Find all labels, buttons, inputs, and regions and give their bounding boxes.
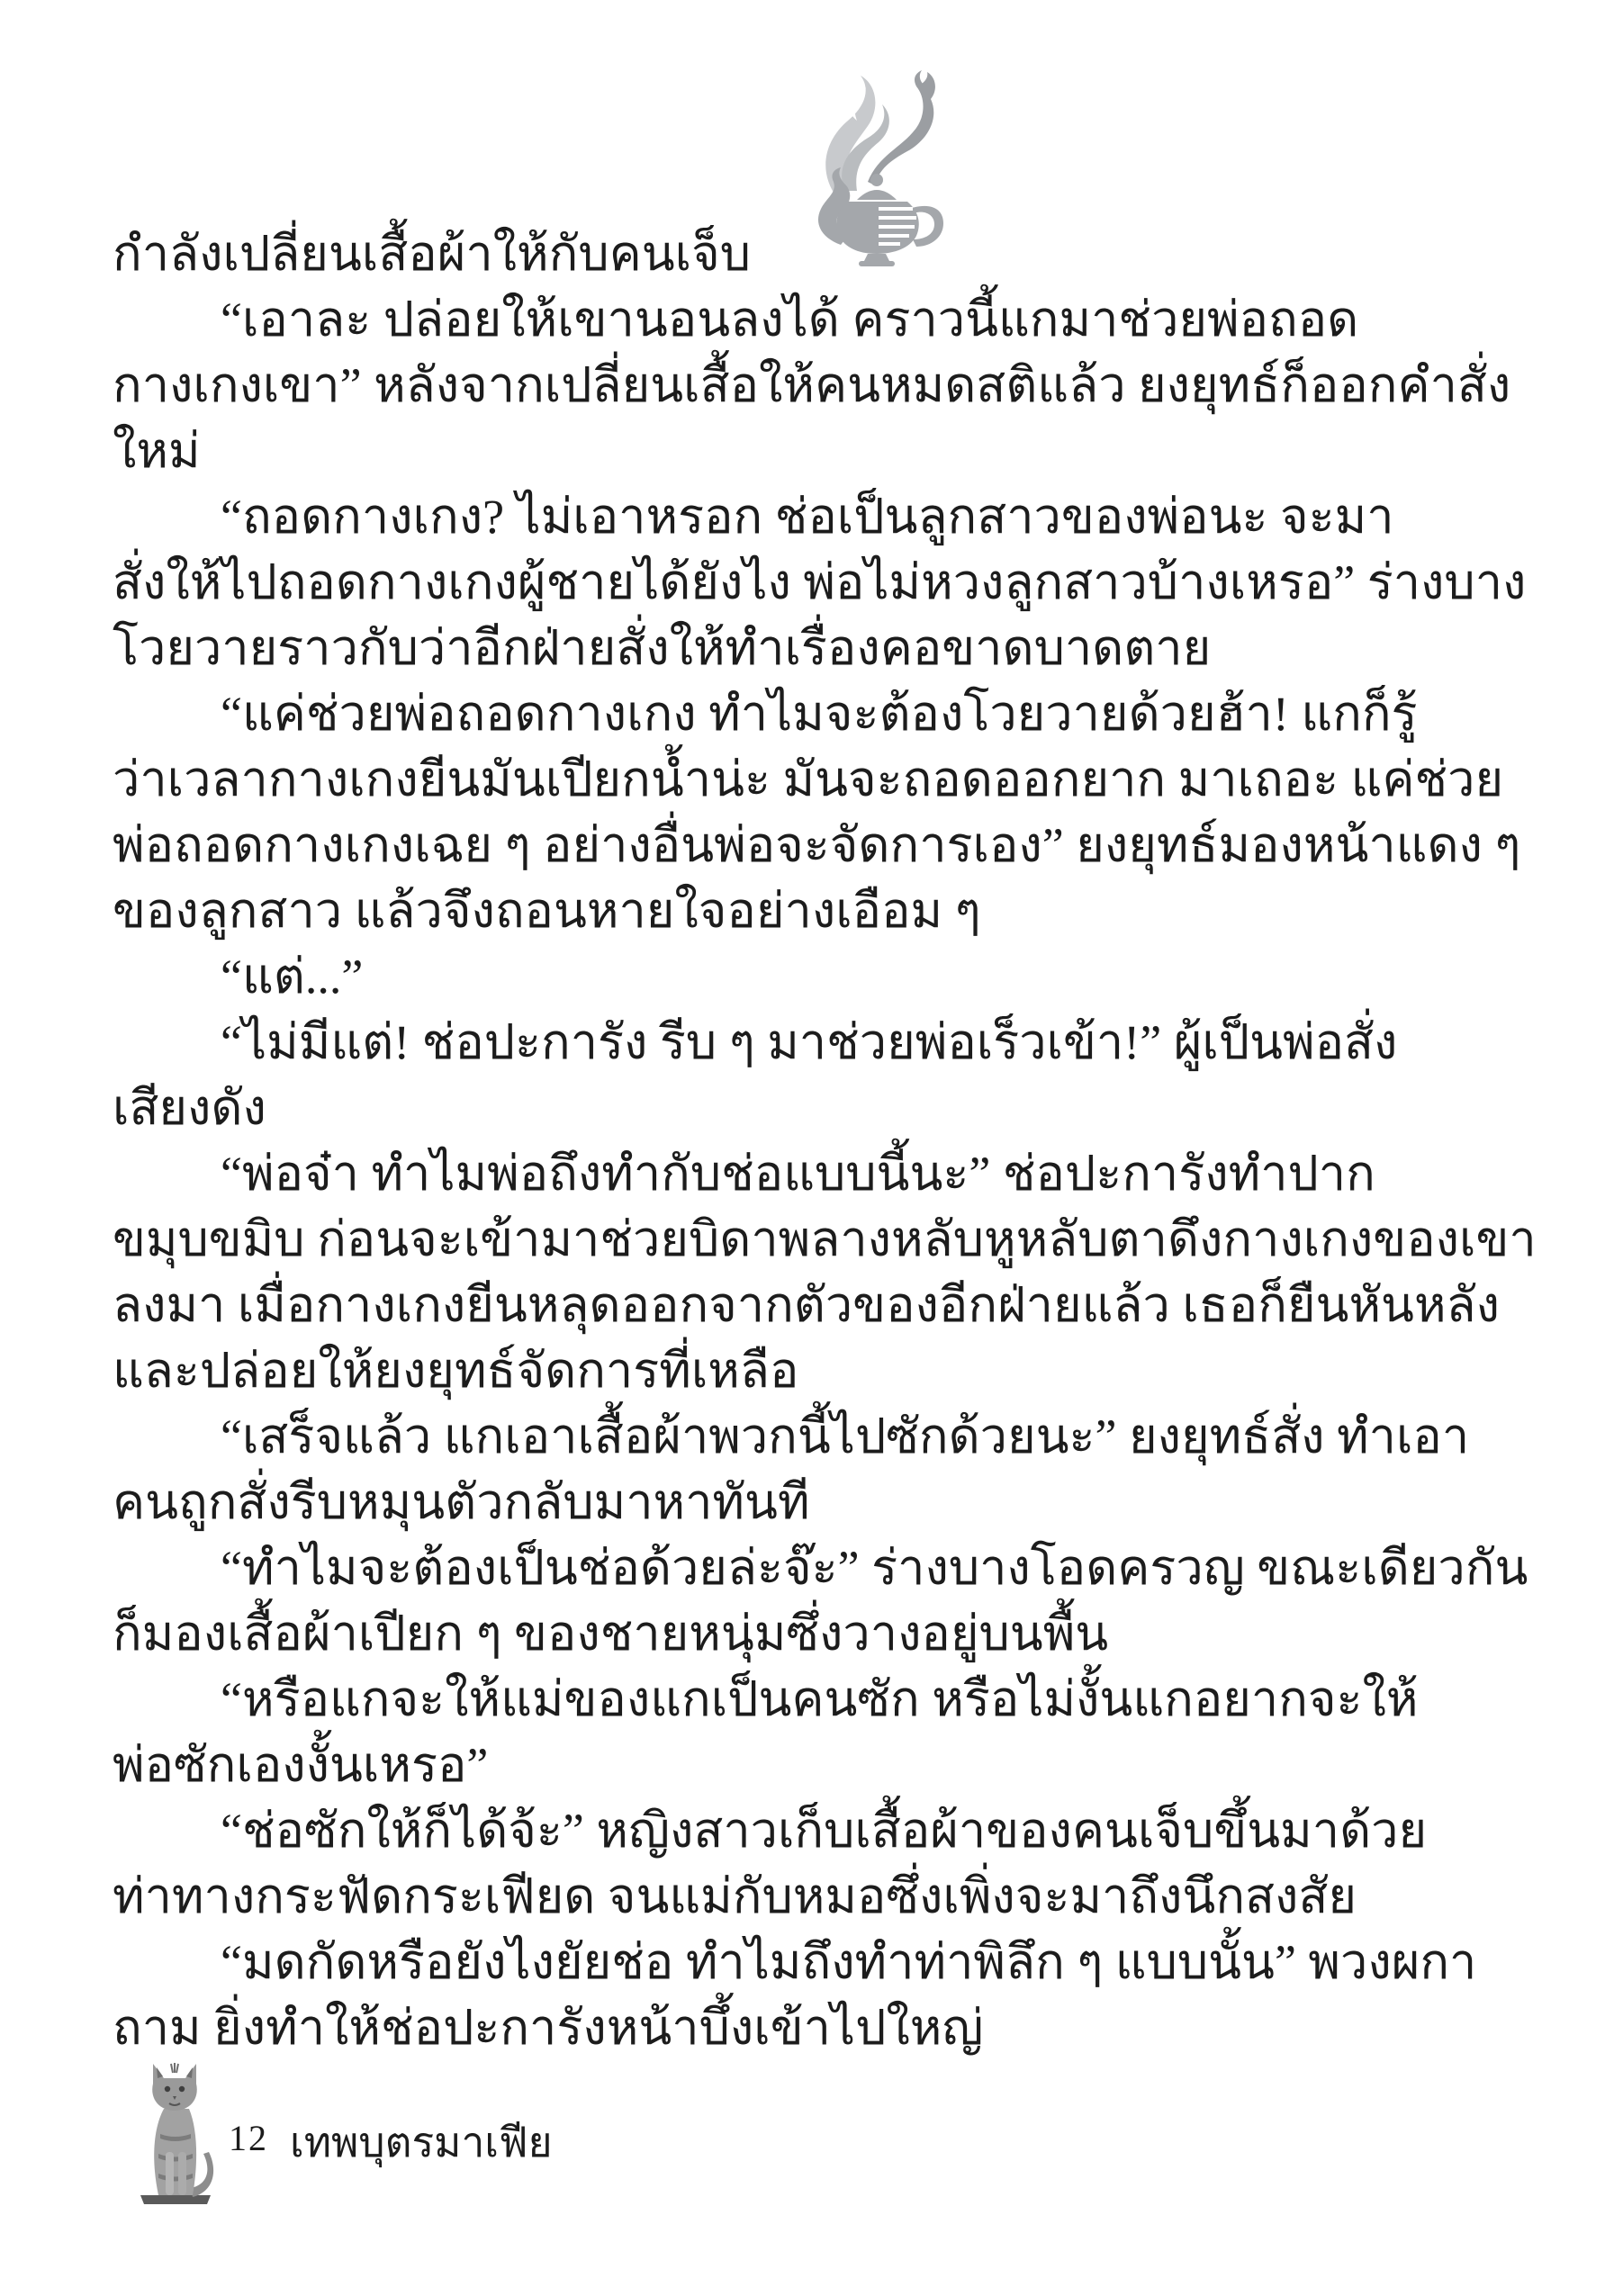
text-line: สั่งให้ไปถอดกางเกงผู้ชายได้ยังไง พ่อไม่ห… <box>113 550 1497 616</box>
text-line: โวยวายราวกับว่าอีกฝ่ายสั่งให้ทำเรื่องคอข… <box>113 616 1497 681</box>
text-line: คนถูกสั่งรีบหมุนตัวกลับมาหาทันที <box>113 1470 1497 1535</box>
text-line: “ทำไมจะต้องเป็นช่อด้วยล่ะจ๊ะ” ร่างบางโอด… <box>113 1535 1497 1601</box>
text-line: “มดกัดหรือยังไงยัยช่อ ทำไมถึงทำท่าพิลึก … <box>113 1930 1497 1995</box>
text-line: ขมุบขมิบ ก่อนจะเข้ามาช่วยบิดาพลางหลับหูห… <box>113 1207 1497 1273</box>
text-line: เสียงดัง <box>113 1076 1497 1141</box>
text-line: “หรือแกจะให้แม่ของแกเป็นคนซัก หรือไม่งั้… <box>113 1667 1497 1733</box>
text-line: “ไม่มีแต่! ช่อปะการัง รีบ ๆ มาช่วยพ่อเร็… <box>113 1010 1497 1076</box>
text-line: “เสร็จแล้ว แกเอาเสื้อผ้าพวกนี้ไปซักด้วยน… <box>113 1404 1497 1470</box>
book-page: กำลังเปลี่ยนเสื้อผ้าให้กับคนเจ็บ“เอาละ ป… <box>0 0 1605 2296</box>
text-line: กำลังเปลี่ยนเสื้อผ้าให้กับคนเจ็บ <box>113 221 1497 287</box>
text-line: ก็มองเสื้อผ้าเปียก ๆ ของชายหนุ่มซึ่งวางอ… <box>113 1601 1497 1667</box>
text-line: ใหม่ <box>113 419 1497 484</box>
cat-image <box>133 2053 218 2206</box>
text-line: พ่อถอดกางเกงเฉย ๆ อย่างอื่นพ่อจะจัดการเอ… <box>113 813 1497 878</box>
text-line: “ช่อซักให้ก็ได้จ้ะ” หญิงสาวเก็บเสื้อผ้าข… <box>113 1798 1497 1864</box>
text-line: ท่าทางกระฟัดกระเฟียด จนแม่กับหมอซึ่งเพิ่… <box>113 1864 1497 1930</box>
text-line: กางเกงเขา” หลังจากเปลี่ยนเสื้อให้คนหมดสต… <box>113 353 1497 419</box>
page-number: 12 <box>229 2117 268 2159</box>
text-line: ของลูกสาว แล้วจึงถอนหายใจอย่างเอือม ๆ <box>113 878 1497 944</box>
text-line: ถาม ยิ่งทำให้ช่อปะการังหน้าบึ้งเข้าไปใหญ… <box>113 1995 1497 2061</box>
text-line: ว่าเวลากางเกงยีนมันเปียกน้ำน่ะ มันจะถอดอ… <box>113 747 1497 813</box>
text-line: และปล่อยให้ยงยุทธ์จัดการที่เหลือ <box>113 1338 1497 1404</box>
text-line: “แค่ช่วยพ่อถอดกางเกง ทำไมจะต้องโวยวายด้ว… <box>113 681 1497 747</box>
text-line: “พ่อจ๋า ทำไมพ่อถึงทำกับช่อแบบนี้นะ” ช่อป… <box>113 1141 1497 1207</box>
book-title: เทพบุตรมาเฟีย <box>290 2110 553 2175</box>
text-line: “ถอดกางเกง? ไม่เอาหรอก ช่อเป็นลูกสาวของพ… <box>113 484 1497 550</box>
text-line: ลงมา เมื่อกางเกงยีนหลุดออกจากตัวของอีกฝ่… <box>113 1273 1497 1338</box>
text-line: “เอาละ ปล่อยให้เขานอนลงได้ คราวนี้แกมาช่… <box>113 287 1497 353</box>
text-line: พ่อซักเองงั้นเหรอ” <box>113 1733 1497 1798</box>
text-line: “แต่...” <box>113 944 1497 1010</box>
body-text: กำลังเปลี่ยนเสื้อผ้าให้กับคนเจ็บ“เอาละ ป… <box>113 221 1497 2061</box>
